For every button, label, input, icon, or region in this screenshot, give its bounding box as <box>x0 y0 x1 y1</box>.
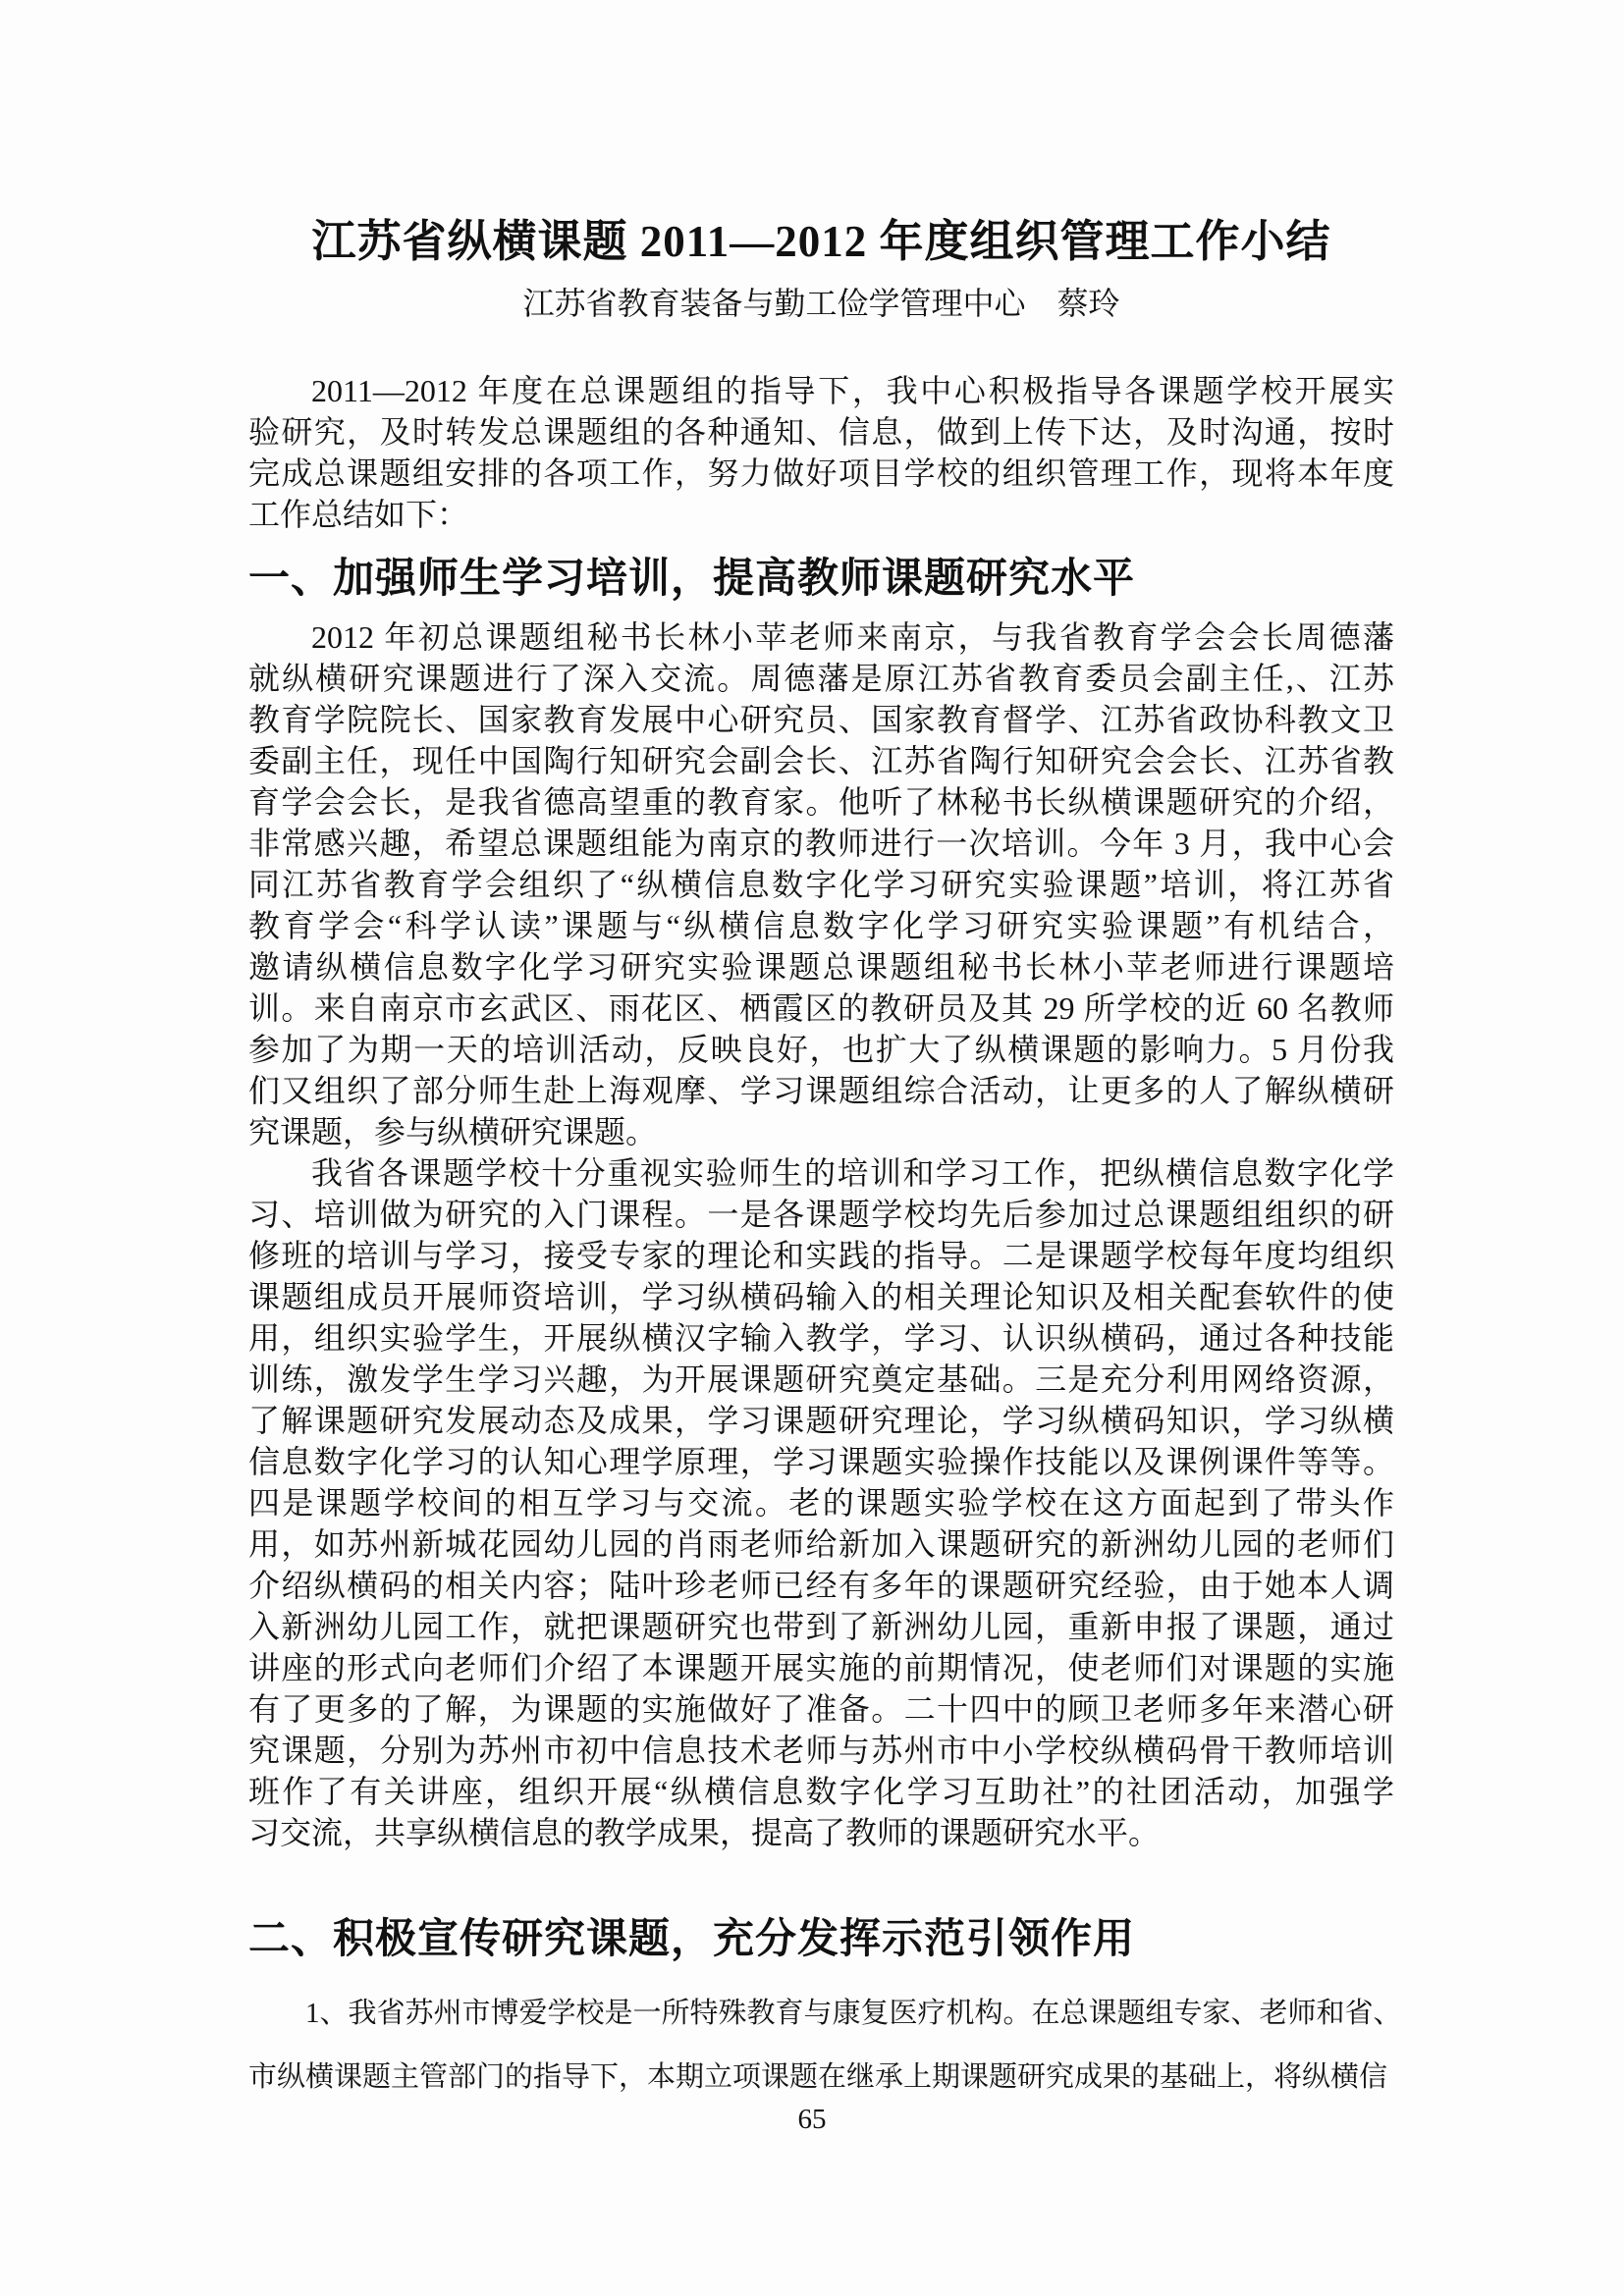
paragraph: 1、我省苏州市博爱学校是一所特殊教育与康复医疗机构。在总课题组专家、老师和省、市… <box>248 1982 1394 2109</box>
paragraph-line: 非常感兴趣，希望总课题组能为南京的教师进行一次培训。今年 3 月，我中心会 <box>248 823 1394 864</box>
document-content: 江苏省纵横课题 2011—2012 年度组织管理工作小结 江苏省教育装备与勤工俭… <box>248 0 1394 2109</box>
paragraph-line: 用，如苏州新城花园幼儿园的肖雨老师给新加入课题研究的新洲幼儿园的老师们 <box>248 1523 1394 1565</box>
paragraph-line: 训练，激发学生学习兴趣，为开展课题研究奠定基础。三是充分利用网络资源， <box>248 1359 1394 1400</box>
paragraph-line: 2012 年初总课题组秘书长林小苹老师来南京，与我省教育学会会长周德藩 <box>248 616 1394 658</box>
paragraph-line: 了解课题研究发展动态及成果，学习课题研究理论，学习纵横码知识，学习纵横 <box>248 1400 1394 1441</box>
page-number: 65 <box>0 2103 1624 2136</box>
section-heading: 一、加强师生学习培训，提高教师课题研究水平 <box>248 547 1394 612</box>
paragraph-line: 修班的培训与学习，接受专家的理论和实践的指导。二是课题学校每年度均组织 <box>248 1235 1394 1276</box>
paragraph-line: 委副主任，现任中国陶行知研究会副会长、江苏省陶行知研究会会长、江苏省教 <box>248 740 1394 781</box>
document-page: 江苏省纵横课题 2011—2012 年度组织管理工作小结 江苏省教育装备与勤工俭… <box>0 0 1624 2296</box>
paragraph-line: 训。来自南京市玄武区、雨花区、栖霞区的教研员及其 29 所学校的近 60 名教师 <box>248 988 1394 1029</box>
paragraph-line: 讲座的形式向老师们介绍了本课题开展实施的前期情况，使老师们对课题的实施 <box>248 1647 1394 1688</box>
paragraph: 2011—2012 年度在总课题组的指导下，我中心积极指导各课题学校开展实验研究… <box>248 370 1394 535</box>
paragraph-line: 就纵横研究课题进行了深入交流。周德藩是原江苏省教育委员会副主任,、江苏 <box>248 658 1394 699</box>
paragraph-line: 用，组织实验学生，开展纵横汉字输入教学，学习、认识纵横码，通过各种技能 <box>248 1317 1394 1359</box>
paragraph-line: 教育学会“科学认读”课题与“纵横信息数字化学习研究实验课题”有机结合， <box>248 905 1394 946</box>
paragraph-line: 们又组织了部分师生赴上海观摩、学习课题组综合活动，让更多的人了解纵横研 <box>248 1070 1394 1111</box>
paragraph-line: 班作了有关讲座，组织开展“纵横信息数字化学习互助社”的社团活动，加强学 <box>248 1771 1394 1812</box>
paragraph: 2012 年初总课题组秘书长林小苹老师来南京，与我省教育学会会长周德藩就纵横研究… <box>248 616 1394 1152</box>
paragraph-line: 习、培训做为研究的入门课程。一是各课题学校均先后参加过总课题组组织的研 <box>248 1194 1394 1235</box>
paragraph-line: 市纵横课题主管部门的指导下，本期立项课题在继承上期课题研究成果的基础上，将纵横信 <box>248 2046 1394 2109</box>
section-heading: 二、积极宣传研究课题，充分发挥示范引领作用 <box>248 1907 1394 1972</box>
paragraph-line: 入新洲幼儿园工作，就把课题研究也带到了新洲幼儿园，重新申报了课题，通过 <box>248 1606 1394 1647</box>
paragraph-line: 有了更多的了解，为课题的实施做好了准备。二十四中的顾卫老师多年来潜心研 <box>248 1688 1394 1730</box>
document-author: 江苏省教育装备与勤工俭学管理中心 蔡玲 <box>248 283 1394 324</box>
paragraph-line: 究课题，分别为苏州市初中信息技术老师与苏州市中小学校纵横码骨干教师培训 <box>248 1730 1394 1771</box>
paragraph-line: 课题组成员开展师资培训，学习纵横码输入的相关理论知识及相关配套软件的使 <box>248 1276 1394 1317</box>
paragraph: 我省各课题学校十分重视实验师生的培训和学习工作，把纵横信息数字化学习、培训做为研… <box>248 1152 1394 1853</box>
document-title: 江苏省纵横课题 2011—2012 年度组织管理工作小结 <box>248 0 1394 269</box>
paragraph-line: 工作总结如下： <box>248 494 1394 535</box>
paragraph-line: 1、我省苏州市博爱学校是一所特殊教育与康复医疗机构。在总课题组专家、老师和省、 <box>248 1982 1394 2046</box>
paragraph-line: 2011—2012 年度在总课题组的指导下，我中心积极指导各课题学校开展实 <box>248 370 1394 411</box>
paragraph-line: 究课题，参与纵横研究课题。 <box>248 1111 1394 1152</box>
paragraph-line: 介绍纵横码的相关内容；陆叶珍老师已经有多年的课题研究经验，由于她本人调 <box>248 1565 1394 1606</box>
paragraph-line: 习交流，共享纵横信息的教学成果，提高了教师的课题研究水平。 <box>248 1812 1394 1853</box>
paragraph-line: 育学会会长，是我省德高望重的教育家。他听了林秘书长纵横课题研究的介绍， <box>248 781 1394 823</box>
paragraph-line: 四是课题学校间的相互学习与交流。老的课题实验学校在这方面起到了带头作 <box>248 1482 1394 1523</box>
paragraph-line: 参加了为期一天的培训活动，反映良好，也扩大了纵横课题的影响力。5 月份我 <box>248 1029 1394 1070</box>
paragraph-line: 验研究，及时转发总课题组的各种通知、信息，做到上传下达，及时沟通，按时 <box>248 411 1394 453</box>
paragraph-line: 信息数字化学习的认知心理学原理，学习课题实验操作技能以及课例课件等等。 <box>248 1441 1394 1482</box>
paragraph-line: 我省各课题学校十分重视实验师生的培训和学习工作，把纵横信息数字化学 <box>248 1152 1394 1194</box>
document-body: 2011—2012 年度在总课题组的指导下，我中心积极指导各课题学校开展实验研究… <box>248 370 1394 2109</box>
paragraph-line: 教育学院院长、国家教育发展中心研究员、国家教育督学、江苏省政协科教文卫 <box>248 699 1394 740</box>
paragraph-line: 同江苏省教育学会组织了“纵横信息数字化学习研究实验课题”培训，将江苏省 <box>248 864 1394 905</box>
paragraph-line: 完成总课题组安排的各项工作，努力做好项目学校的组织管理工作，现将本年度 <box>248 453 1394 494</box>
paragraph-line: 邀请纵横信息数字化学习研究实验课题总课题组秘书长林小苹老师进行课题培 <box>248 946 1394 988</box>
